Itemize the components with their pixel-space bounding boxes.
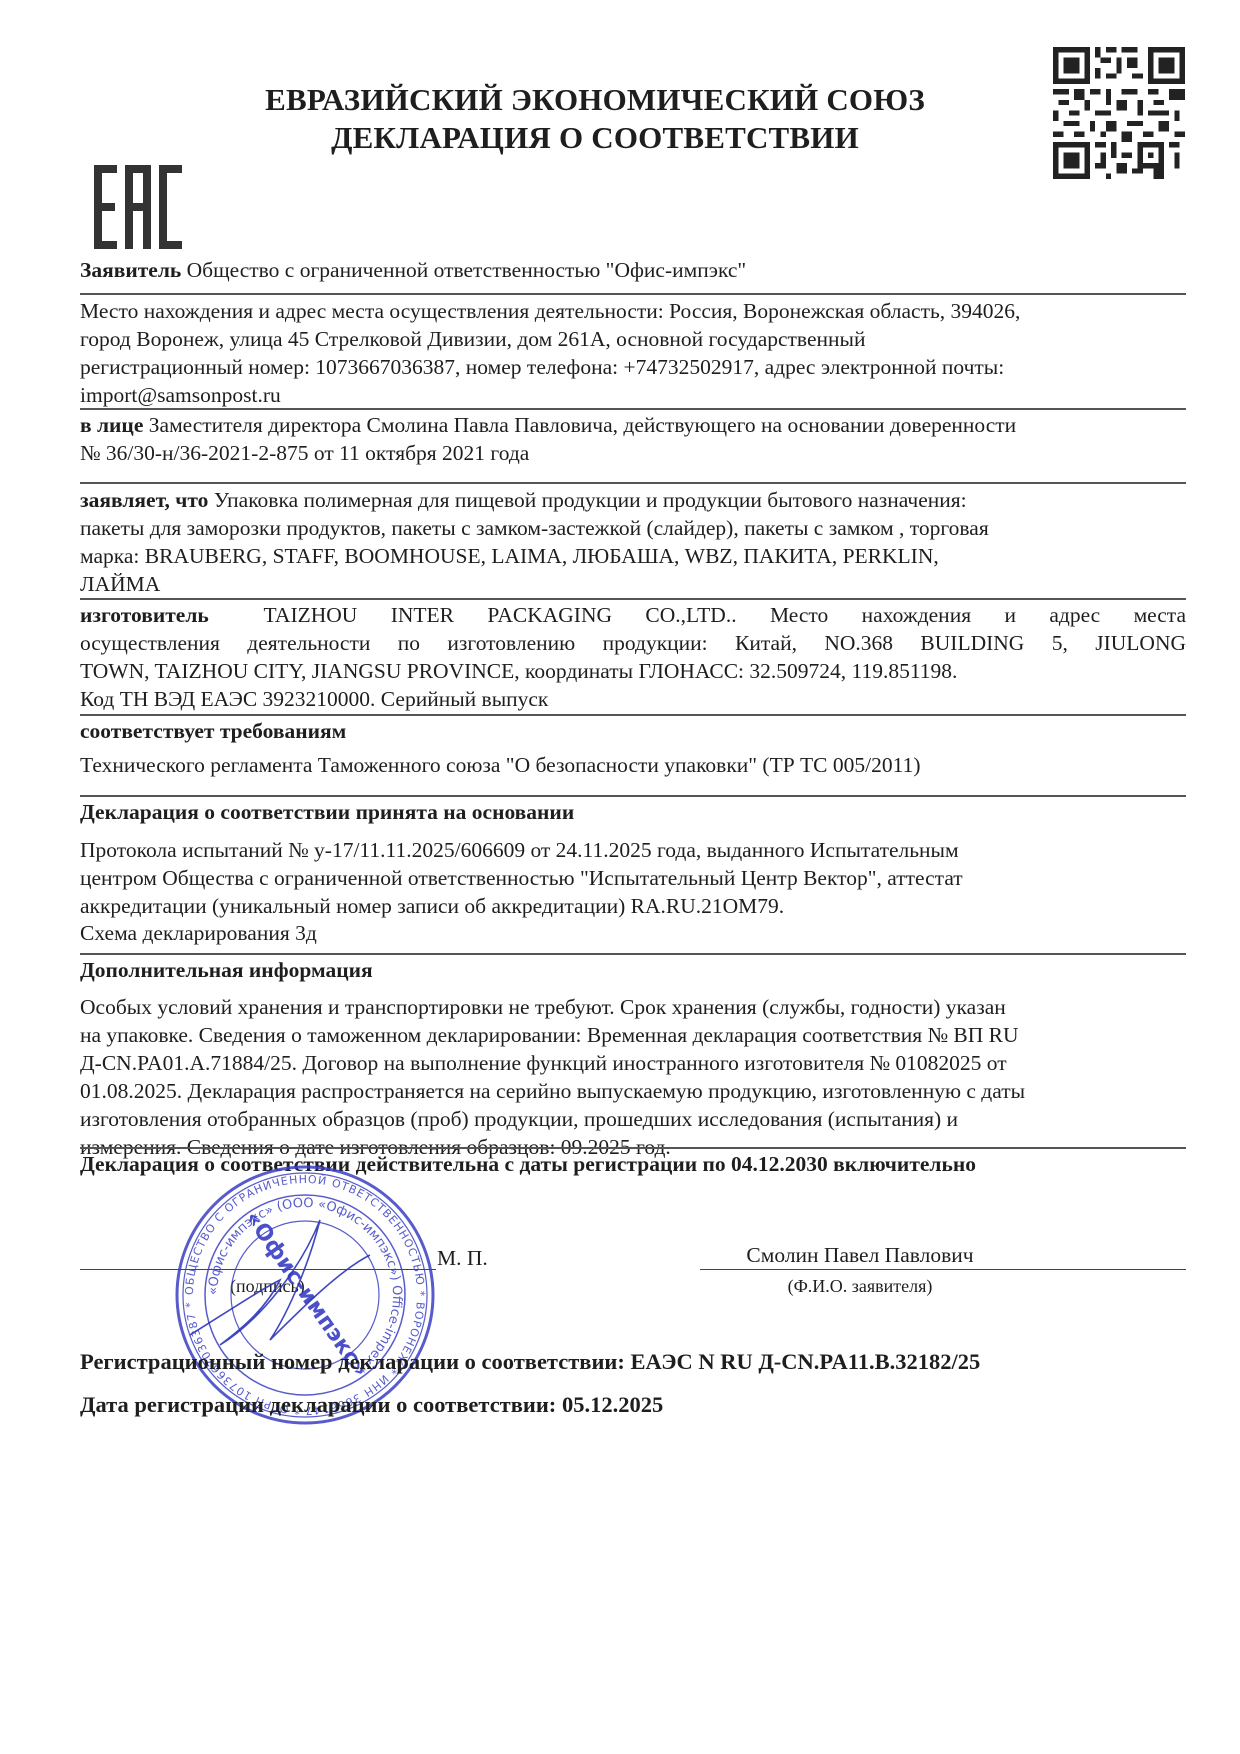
signer-name: Смолин Павел Павлович [660, 1241, 1060, 1269]
test-report-line: центром Общества с ограниченной ответств… [80, 864, 1186, 892]
divider [80, 598, 1186, 600]
divider [80, 408, 1186, 410]
manufacturer-name: TAIZHOU INTER PACKAGING CO.,LTD.. Место … [264, 603, 1187, 627]
address-line: Место нахождения и адрес места осуществл… [80, 297, 1186, 325]
applicant-row: Заявитель Общество с ограниченной ответс… [80, 256, 1186, 284]
additional-info-line: изготовления отобранных образцов (проб) … [80, 1105, 1186, 1133]
declaration-scheme: Схема декларирования 3д [80, 920, 1186, 946]
registration-date-row: Дата регистрации декларации о соответств… [80, 1391, 1186, 1419]
product-description: пакеты для заморозки продуктов, пакеты с… [80, 514, 1186, 542]
trademark-list: марка: BRAUBERG, STAFF, BOOMHOUSE, LAIMA… [80, 542, 1186, 570]
trademark-list: ЛАЙМА [80, 570, 1186, 598]
registration-number-row: Регистрационный номер декларации о соотв… [80, 1348, 1186, 1376]
applicant-label: Заявитель [80, 258, 181, 282]
applicant-value: Общество с ограниченной ответственностью… [187, 258, 747, 282]
basis-label: Декларация о соответствии принята на осн… [80, 798, 1186, 826]
manufacturer-block: изготовитель TAIZHOU INTER PACKAGING CO.… [80, 601, 1186, 713]
hs-code: Код ТН ВЭД ЕАЭС 3923210000. Серийный вып… [80, 685, 1186, 713]
address-block: Место нахождения и адрес места осуществл… [80, 297, 1186, 409]
qr-code-icon[interactable] [1053, 47, 1185, 179]
email-link[interactable]: import@samsonpost.ru [80, 381, 1186, 409]
divider [80, 293, 1186, 295]
representative-block: в лице Заместителя директора Смолина Пав… [80, 411, 1186, 467]
document-title-line2: ДЕКЛАРАЦИЯ О СООТВЕТСТВИИ [0, 119, 1215, 157]
manufacturer-label: изготовитель [80, 603, 209, 627]
representative-label: в лице [80, 413, 143, 437]
additional-info-line: Д-CN.PA01.A.71884/25. Договор на выполне… [80, 1049, 1186, 1077]
signer-name-line [700, 1269, 1186, 1270]
declares-label: заявляет, что [80, 488, 208, 512]
divider [80, 482, 1186, 484]
manufacturer-address: TOWN, TAIZHOU CITY, JIANGSU PROVINCE, ко… [80, 657, 1186, 685]
registration-number-value: ЕАЭС N RU Д-CN.PA11.B.32182/25 [631, 1349, 981, 1374]
divider [80, 1147, 1186, 1149]
document-title-line1: ЕВРАЗИЙСКИЙ ЭКОНОМИЧЕСКИЙ СОЮЗ [0, 81, 1215, 119]
registration-date-label: Дата регистрации декларации о соответств… [80, 1392, 556, 1417]
additional-info-line: 01.08.2025. Декларация распространяется … [80, 1077, 1186, 1105]
additional-info-line: на упаковке. Сведения о таможенном декла… [80, 1021, 1186, 1049]
company-stamp-icon: ОБЩЕСТВО С ОГРАНИЧЕННОЙ ОТВЕТСТВЕННОСТЬЮ… [170, 1160, 440, 1430]
additional-info-line: Особых условий хранения и транспортировк… [80, 993, 1186, 1021]
product-description: Упаковка полимерная для пищевой продукци… [214, 488, 967, 512]
address-line: регистрационный номер: 1073667036387, но… [80, 353, 1186, 381]
divider [80, 953, 1186, 955]
representative-line: № 36/30-н/36-2021-2-875 от 11 октября 20… [80, 439, 1186, 467]
test-report-line: аккредитации (уникальный номер записи об… [80, 892, 1186, 920]
representative-line: Заместителя директора Смолина Павла Павл… [149, 413, 1016, 437]
additional-info-label: Дополнительная информация [80, 956, 1186, 984]
manufacturer-address: осуществления деятельности по изготовлен… [80, 629, 1186, 657]
additional-info-block: Особых условий хранения и транспортировк… [80, 993, 1186, 1161]
divider [80, 714, 1186, 716]
registration-number-label: Регистрационный номер декларации о соотв… [80, 1349, 625, 1374]
eac-logo-icon [93, 165, 183, 249]
technical-regulation: Технического регламента Таможенного союз… [80, 751, 1186, 779]
address-line: город Воронеж, улица 45 Стрелковой Дивиз… [80, 325, 1186, 353]
declares-block: заявляет, что Упаковка полимерная для пи… [80, 486, 1186, 598]
test-report-line: Протокола испытаний № у-17/11.11.2025/60… [80, 836, 1186, 864]
signer-caption: (Ф.И.О. заявителя) [660, 1272, 1060, 1300]
basis-block: Протокола испытаний № у-17/11.11.2025/60… [80, 836, 1186, 946]
conformity-label: соответствует требованиям [80, 717, 1186, 745]
divider [80, 795, 1186, 797]
seal-label: М. П. [437, 1244, 517, 1272]
registration-date-value: 05.12.2025 [562, 1392, 663, 1417]
